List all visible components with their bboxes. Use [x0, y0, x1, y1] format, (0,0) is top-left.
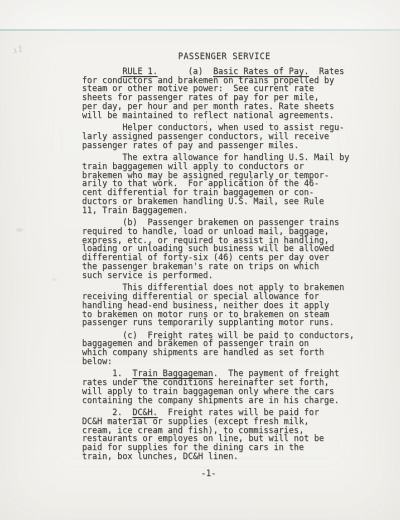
scan-artifact-smudge	[52, 278, 57, 281]
text-segment: which company shipments are handled as s…	[82, 347, 324, 357]
paragraph: 2. DC&H. Freight rates will be paid forD…	[82, 408, 362, 461]
text-line: such service is performed.	[82, 271, 362, 280]
paragraph: RULE 1. (a) Basic Rates of Pay. Ratesfor…	[82, 67, 362, 120]
scan-artifact-smudge	[16, 228, 23, 232]
scanned-page: ıİ ' PASSENGER SERVICE RULE 1. (a) Basic…	[0, 0, 400, 520]
text-segment: such service is performed.	[82, 270, 213, 280]
text-line: passenger runs temporarily supplanting m…	[82, 318, 362, 327]
page-number: -1-	[82, 469, 335, 478]
paragraph: (c) Freight rates will be paid to conduc…	[82, 331, 362, 366]
paragraph: (b) Passenger brakemen on passenger trai…	[82, 218, 362, 280]
text-segment: will be maintained to reflect national a…	[82, 110, 334, 120]
paragraph: This differential does not apply to brak…	[82, 283, 362, 327]
text-segment: passenger rates of pay and passenger mil…	[82, 140, 299, 150]
scan-top-strip	[0, 0, 400, 29]
text-line: train, box lunches, DC&H linen.	[82, 452, 362, 461]
text-line: containing the company shipments are in …	[82, 396, 362, 405]
paragraph: The extra allowance for handling U.S. Ma…	[82, 153, 362, 215]
scan-edge-line	[0, 29, 400, 31]
text-line: passenger rates of pay and passenger mil…	[82, 141, 362, 150]
text-segment: below:	[82, 356, 112, 366]
paragraph: Helper conductors, when used to assist r…	[82, 123, 362, 149]
text-line: 11, Train Baggagemen.	[82, 206, 362, 215]
text-line: which company shipments are handled as s…	[82, 348, 362, 357]
text-segment: 11, Train Baggagemen.	[82, 205, 188, 215]
document-text-block: PASSENGER SERVICE RULE 1. (a) Basic Rate…	[82, 52, 362, 478]
page-title: PASSENGER SERVICE	[82, 52, 362, 61]
text-segment: passenger runs temporarily supplanting m…	[82, 317, 334, 327]
text-line: will be maintained to reflect national a…	[82, 111, 362, 120]
text-segment: containing the company shipments are in …	[82, 395, 339, 405]
document-body: RULE 1. (a) Basic Rates of Pay. Ratesfor…	[82, 67, 362, 461]
paragraph: 1. Train Baggageman. The payment of frei…	[82, 369, 362, 404]
text-segment: train, box lunches, DC&H linen.	[82, 451, 238, 461]
text-line: below:	[82, 357, 362, 366]
scan-artifact-pencil-mark: ıİ	[12, 45, 23, 54]
